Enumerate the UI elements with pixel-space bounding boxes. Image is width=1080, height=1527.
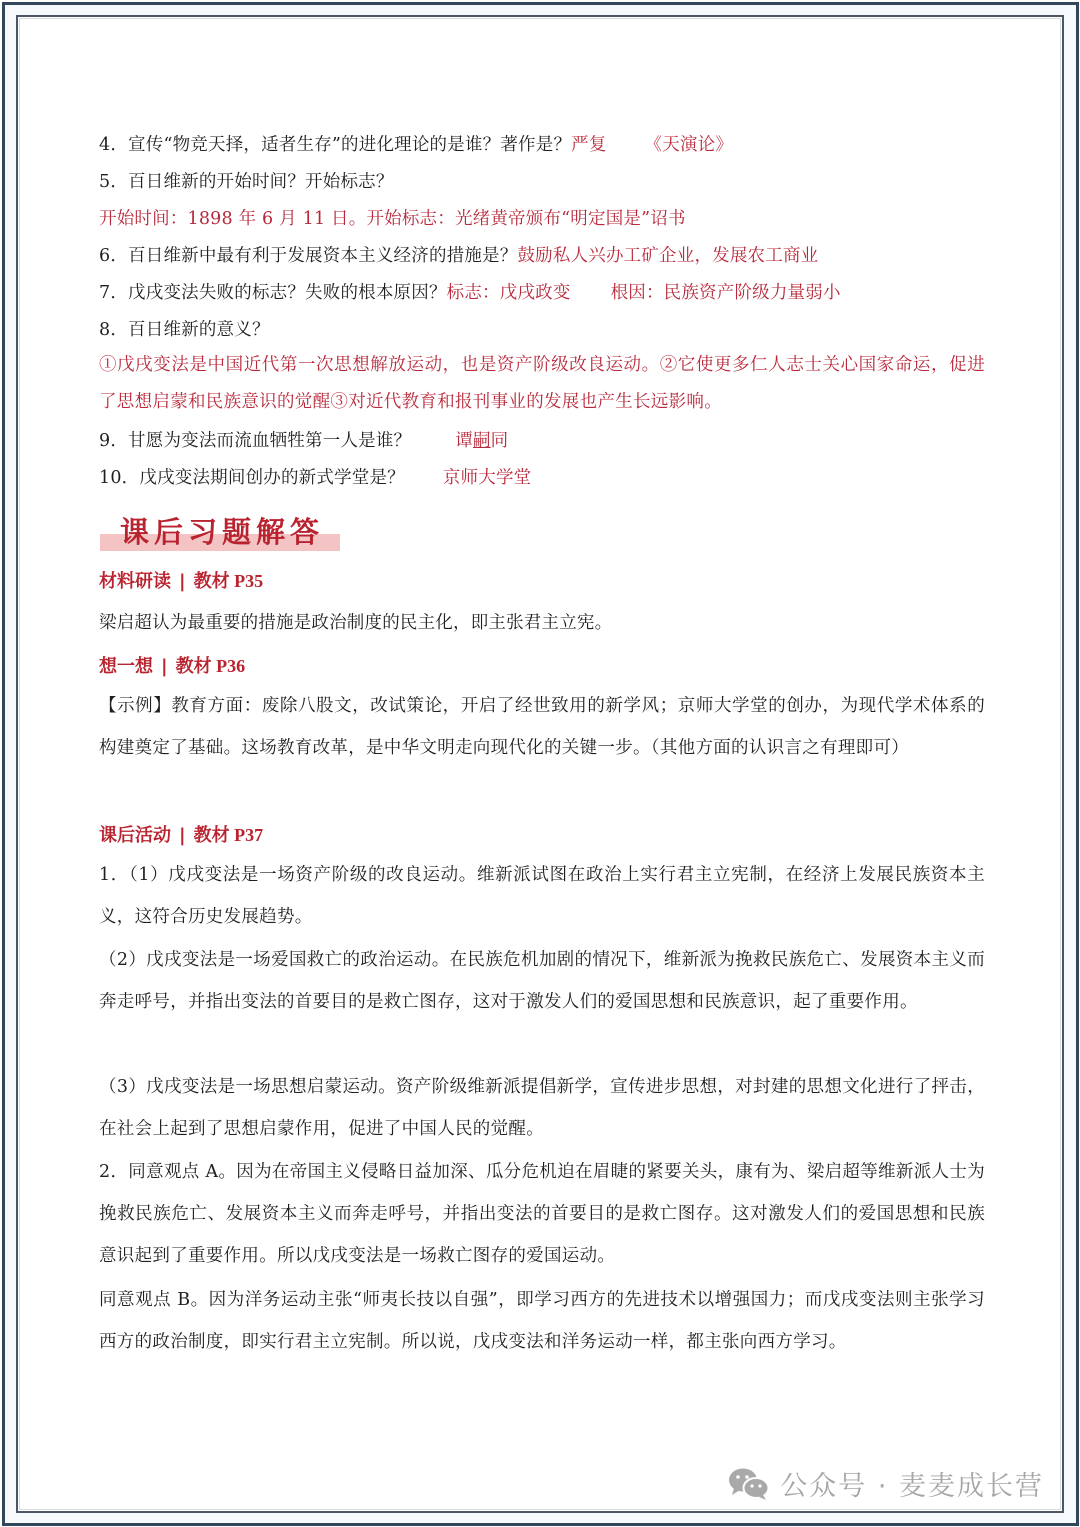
answer-sign: 标志：戊戌政变 [447,283,571,303]
question-6: 6．百日维新中最有利于发展资本主义经济的措施是？鼓励私人兴办工矿企业，发展农工商… [99,242,818,267]
activity-answer-2a: 2．同意观点 A。因为在帝国主义侵略日益加深、瓜分危机迫在眉睫的紧要关头，康有为… [99,1151,985,1277]
question-5: 5．百日维新的开始时间？开始标志？ [99,168,394,193]
watermark-text: 公众号 · 麦麦成长营 [780,1464,1044,1503]
answer-root-cause: 根因：民族资产阶级力量弱小 [611,283,841,303]
question-8: 8．百日维新的意义？ [99,316,270,341]
answer-name-post: 同 [491,431,509,451]
material-reading-answer: 梁启超认为最重要的措施是政治制度的民主化，即主张君主立宪。 [99,609,612,634]
answer-5: 开始时间：1898 年 6 月 11 日。开始标志：光绪黄帝颁布“明定国是”诏书 [99,205,686,230]
subheading-material-reading: 材料研读|教材 P35 [99,567,263,593]
section-title: 课后习题解答 [120,510,324,551]
subheading-label: 课后活动 [99,825,171,846]
question-text: 百日维新的意义？ [128,320,270,340]
activity-answer-1-2: （2）戊戌变法是一场爱国救亡的政治运动。在民族危机加剧的情况下，维新派为挽救民族… [99,939,985,1023]
answer-8: ①戊戌变法是中国近代第一次思想解放运动，也是资产阶级改良运动。②它使更多仁人志士… [99,347,985,421]
separator: | [161,656,168,677]
question-4: 4．宣传“物竞天择，适者生存”的进化理论的是谁？著作是？严复《天演论》 [99,131,733,156]
question-number: 6． [99,246,128,266]
separator: | [179,825,186,846]
separator: | [179,571,186,592]
textbook-page: 教材 P35 [194,571,264,591]
question-text: 百日维新中最有利于发展资本主义经济的措施是？ [128,246,517,266]
question-7: 7．戊戌变法失败的标志？失败的根本原因？标志：戊戌政变根因：民族资产阶级力量弱小 [99,279,841,304]
answer-name-pre: 谭 [455,431,473,451]
section-banner: 课后习题解答 [100,508,340,552]
watermark: 公众号 · 麦麦成长营 [728,1464,1044,1503]
question-number: 8． [99,320,128,340]
question-text: 百日维新的开始时间？开始标志？ [128,172,394,192]
answer-author: 严复 [571,135,606,155]
activity-answer-1-3: （3）戊戌变法是一场思想启蒙运动。资产阶级维新派提倡新学，宣传进步思想，对封建的… [99,1066,985,1150]
activity-answer-2b: 同意观点 B。因为洋务运动主张“师夷长技以自强”，即学习西方的先进技术以增强国力… [99,1279,985,1363]
question-text: 戊戌变法期间创办的新式学堂是？ [139,468,405,488]
question-text: 宣传“物竞天择，适者生存”的进化理论的是谁？著作是？ [128,135,571,155]
subheading-think: 想一想|教材 P36 [99,652,245,678]
question-10: 10．戊戌变法期间创办的新式学堂是？京师大学堂 [99,464,531,489]
question-number: 7． [99,283,128,303]
think-answer: 【示例】教育方面：废除八股文，改试策论，开启了经世致用的新学风；京师大学堂的创办… [99,685,985,769]
answer-text: 京师大学堂 [443,468,532,488]
subheading-label: 想一想 [99,656,153,677]
wechat-icon [728,1467,770,1501]
textbook-page: 教材 P37 [194,825,264,845]
answer-book: 《天演论》 [645,135,734,155]
question-number: 4． [99,135,128,155]
answer-name-underlined: 嗣 [473,431,491,451]
question-text: 戊戌变法失败的标志？失败的根本原因？ [128,283,447,303]
textbook-page: 教材 P36 [176,656,246,676]
subheading-label: 材料研读 [99,571,171,592]
activity-answer-1-1: 1．（1）戊戌变法是一场资产阶级的改良运动。维新派试图在政治上实行君主立宪制，在… [99,854,985,938]
answer-text: 鼓励私人兴办工矿企业，发展农工商业 [517,246,818,266]
question-number: 10． [99,468,139,488]
question-number: 5． [99,172,128,192]
subheading-activity: 课后活动|教材 P37 [99,821,263,847]
question-number: 9． [99,431,128,451]
question-9: 9．甘愿为变法而流血牺牲第一人是谁？谭嗣同 [99,427,508,452]
question-text: 甘愿为变法而流血牺牲第一人是谁？ [128,431,411,451]
